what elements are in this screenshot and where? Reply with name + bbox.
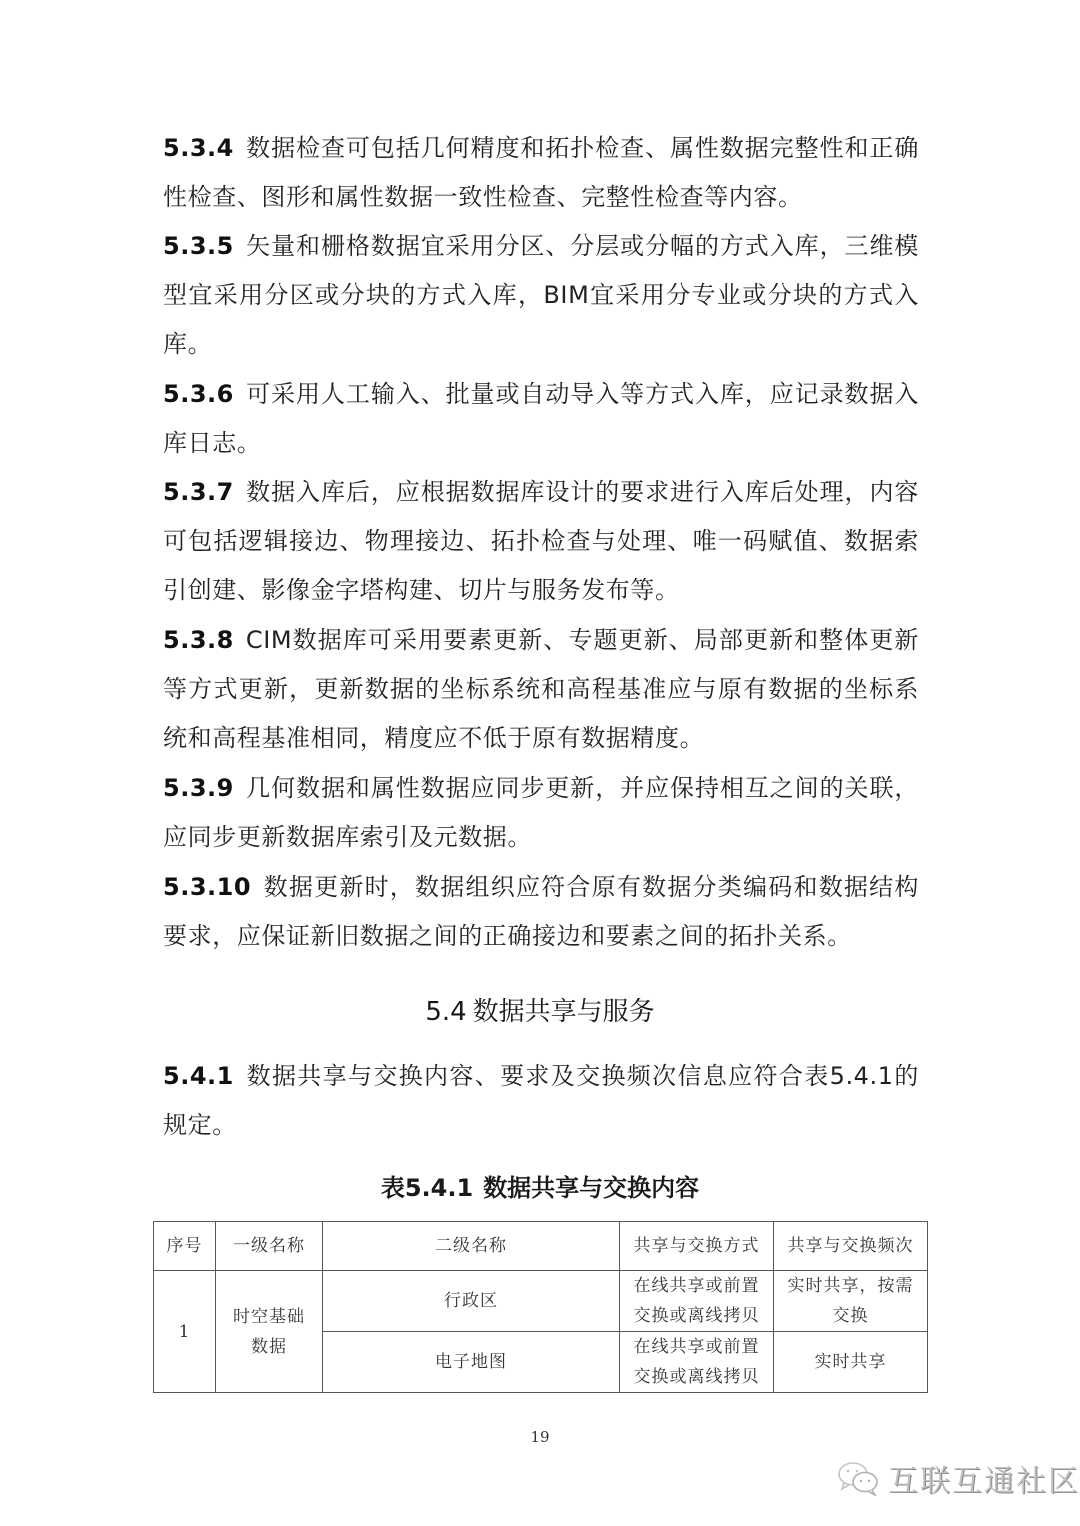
clause-5-3-8: 5.3.8CIM数据库可采用要素更新、专题更新、局部更新和整体更新等方式更新，更… [163,616,919,763]
cell-line: 实时共享，按需 [778,1271,923,1301]
clause-text: 数据共享与交换内容、要求及交换频次信息应符合表5.4.1的规定。 [163,1062,919,1139]
clause-5-3-9: 5.3.9几何数据和属性数据应同步更新，并应保持相互之间的关联，应同步更新数据库… [163,764,919,862]
table-caption-title: 数据共享与交换内容 [483,1174,699,1202]
header-seq: 序号 [154,1222,216,1271]
clause-number: 5.3.5 [163,232,234,260]
clause-number: 5.3.7 [163,478,234,506]
cell-line: 在线共享或前置 [624,1271,769,1301]
clause-text: 数据检查可包括几何精度和拓扑检查、属性数据完整性和正确性检查、图形和属性数据一致… [163,134,919,211]
watermark: 互联互通社区 [836,1458,1080,1498]
cell-exchange-mode: 在线共享或前置 交换或离线拷贝 [620,1271,774,1332]
clause-number: 5.3.6 [163,380,234,408]
cell-exchange-mode: 在线共享或前置 交换或离线拷贝 [620,1332,774,1393]
cell-level2-name: 电子地图 [323,1332,620,1393]
clause-text: 矢量和栅格数据宜采用分区、分层或分幅的方式入库，三维模型宜采用分区或分块的方式入… [163,232,919,358]
clause-text: 几何数据和属性数据应同步更新，并应保持相互之间的关联，应同步更新数据库索引及元数… [163,774,919,851]
header-level2-name: 二级名称 [323,1222,620,1271]
cell-level1-name: 时空基础 数据 [216,1271,323,1393]
cell-seq: 1 [154,1271,216,1393]
cell-line: 在线共享或前置 [624,1332,769,1362]
header-exchange-frequency: 共享与交换频次 [774,1222,928,1271]
clause-5-3-10: 5.3.10数据更新时，数据组织应符合原有数据分类编码和数据结构要求，应保证新旧… [163,863,919,961]
clause-5-3-7: 5.3.7数据入库后，应根据数据库设计的要求进行入库后处理，内容可包括逻辑接边、… [163,468,919,615]
watermark-text: 互联互通社区 [888,1456,1080,1500]
clause-number: 5.3.9 [163,774,234,802]
clause-5-3-6: 5.3.6可采用人工输入、批量或自动导入等方式入库，应记录数据入库日志。 [163,370,919,468]
section-number: 5.4 [425,997,466,1027]
document-page: 5.3.4数据检查可包括几何精度和拓扑检查、属性数据完整性和正确性检查、图形和属… [0,0,1080,1526]
clause-number: 5.3.10 [163,873,251,901]
table-caption: 表5.4.1数据共享与交换内容 [0,1170,1080,1206]
header-level1-name: 一级名称 [216,1222,323,1271]
clause-5-3-5: 5.3.5矢量和栅格数据宜采用分区、分层或分幅的方式入库，三维模型宜采用分区或分… [163,222,919,369]
header-exchange-mode: 共享与交换方式 [620,1222,774,1271]
cell-level2-name: 行政区 [323,1271,620,1332]
section-title: 数据共享与服务 [473,997,655,1027]
table-caption-number: 表5.4.1 [381,1174,473,1202]
cell-line: 交换或离线拷贝 [624,1301,769,1331]
clause-number: 5.3.4 [163,134,234,162]
cell-exchange-frequency: 实时共享，按需 交换 [774,1271,928,1332]
clause-text: CIM数据库可采用要素更新、专题更新、局部更新和整体更新等方式更新，更新数据的坐… [163,626,919,752]
cell-line: 交换或离线拷贝 [624,1362,769,1392]
data-sharing-table: 序号 一级名称 二级名称 共享与交换方式 共享与交换频次 1 时空基础 数据 行… [153,1221,928,1393]
clause-text: 数据更新时，数据组织应符合原有数据分类编码和数据结构要求，应保证新旧数据之间的正… [163,873,919,950]
page-number: 19 [0,1428,1080,1446]
cell-exchange-frequency: 实时共享 [774,1332,928,1393]
table-header-row: 序号 一级名称 二级名称 共享与交换方式 共享与交换频次 [154,1222,928,1271]
clause-5-3-4: 5.3.4数据检查可包括几何精度和拓扑检查、属性数据完整性和正确性检查、图形和属… [163,124,919,222]
table-row: 1 时空基础 数据 行政区 在线共享或前置 交换或离线拷贝 实时共享，按需 交换 [154,1271,928,1332]
clause-text: 数据入库后，应根据数据库设计的要求进行入库后处理，内容可包括逻辑接边、物理接边、… [163,478,919,604]
section-heading: 5.4数据共享与服务 [0,992,1080,1032]
clause-number: 5.4.1 [163,1062,234,1090]
clause-5-4-1: 5.4.1数据共享与交换内容、要求及交换频次信息应符合表5.4.1的规定。 [163,1052,919,1150]
clause-text: 可采用人工输入、批量或自动导入等方式入库，应记录数据入库日志。 [163,380,919,457]
cell-line: 交换 [778,1301,923,1331]
clause-number: 5.3.8 [163,626,234,654]
cell-line: 数据 [220,1332,318,1362]
wechat-icon [836,1460,882,1496]
cell-line: 时空基础 [220,1302,318,1332]
